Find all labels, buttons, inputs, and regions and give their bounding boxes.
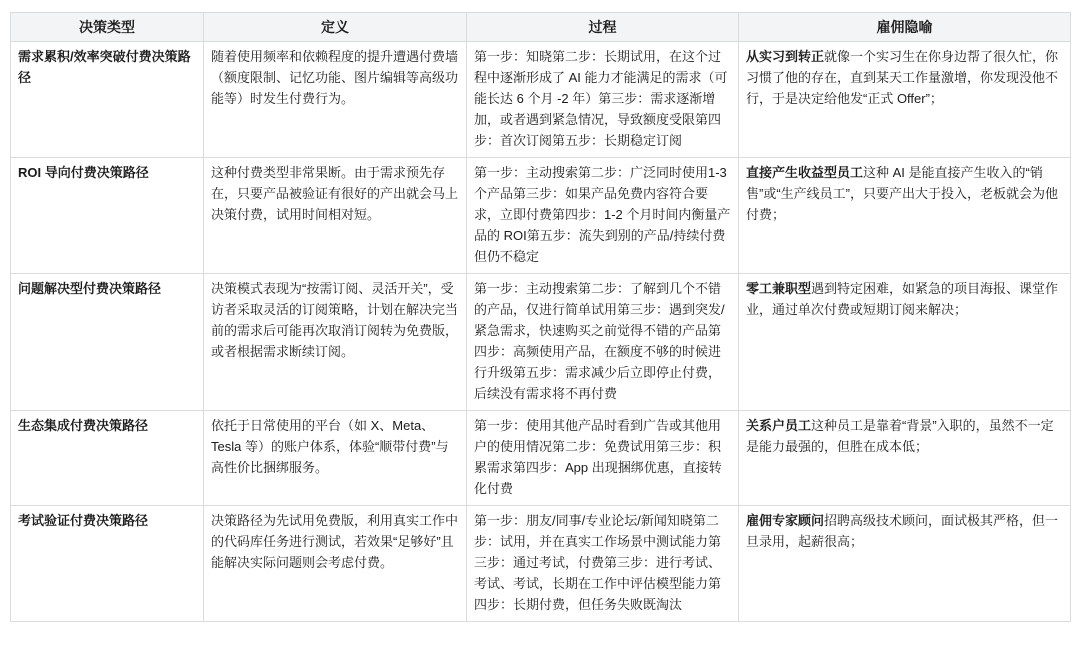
column-header-definition: 定义: [204, 13, 467, 42]
table-row: 问题解决型付费决策路径 决策模式表现为“按需订阅、灵活开关”，受访者采取灵活的订…: [11, 274, 1071, 411]
metaphor-term: 雇佣专家顾问: [746, 513, 824, 528]
cell-metaphor: 关系户员工这种员工是靠着“背景”入职的，虽然不一定是能力最强的，但胜在成本低；: [739, 411, 1071, 506]
cell-decision-type: 考试验证付费决策路径: [11, 506, 204, 622]
cell-decision-type: 问题解决型付费决策路径: [11, 274, 204, 411]
header-row: 决策类型 定义 过程 雇佣隐喻: [11, 13, 1071, 42]
cell-metaphor: 零工兼职型遇到特定困难，如紧急的项目海报、课堂作业，通过单次付费或短期订阅来解决…: [739, 274, 1071, 411]
cell-process: 第一步：使用其他产品时看到广告或其他用户的使用情况第二步：免费试用第三步：积累需…: [467, 411, 739, 506]
cell-process: 第一步：主动搜索第二步：广泛同时使用1-3 个产品第三步：如果产品免费内容符合要…: [467, 158, 739, 274]
column-header-decision-type: 决策类型: [11, 13, 204, 42]
decision-path-table: 决策类型 定义 过程 雇佣隐喻 需求累积/效率突破付费决策路径 随着使用频率和依…: [10, 12, 1071, 622]
cell-definition: 决策路径为先试用免费版，利用真实工作中的代码库任务进行测试，若效果“足够好”且能…: [204, 506, 467, 622]
cell-metaphor: 直接产生收益型员工这种 AI 是能直接产生收入的“销售”或“生产线员工”，只要产…: [739, 158, 1071, 274]
metaphor-term: 零工兼职型: [746, 281, 811, 296]
metaphor-term: 从实习到转正: [746, 49, 824, 64]
cell-decision-type: 生态集成付费决策路径: [11, 411, 204, 506]
column-header-metaphor: 雇佣隐喻: [739, 13, 1071, 42]
cell-definition: 依托于日常使用的平台（如 X、Meta、Tesla 等）的账户体系，体验“顺带付…: [204, 411, 467, 506]
cell-definition: 决策模式表现为“按需订阅、灵活开关”，受访者采取灵活的订阅策略，计划在解决完当前…: [204, 274, 467, 411]
table-row: 需求累积/效率突破付费决策路径 随着使用频率和依赖程度的提升遭遇付费墙（额度限制…: [11, 42, 1071, 158]
document-page: 决策类型 定义 过程 雇佣隐喻 需求累积/效率突破付费决策路径 随着使用频率和依…: [0, 0, 1080, 647]
table-row: ROI 导向付费决策路径 这种付费类型非常果断。由于需求预先存在，只要产品被验证…: [11, 158, 1071, 274]
table-row: 考试验证付费决策路径 决策路径为先试用免费版，利用真实工作中的代码库任务进行测试…: [11, 506, 1071, 622]
cell-decision-type: 需求累积/效率突破付费决策路径: [11, 42, 204, 158]
cell-process: 第一步：朋友/同事/专业论坛/新闻知晓第二步：试用，并在真实工作场景中测试能力第…: [467, 506, 739, 622]
cell-definition: 这种付费类型非常果断。由于需求预先存在，只要产品被验证有很好的产出就会马上决策付…: [204, 158, 467, 274]
cell-process: 第一步：主动搜索第二步：了解到几个不错的产品，仅进行简单试用第三步：遇到突发/紧…: [467, 274, 739, 411]
column-header-process: 过程: [467, 13, 739, 42]
table-row: 生态集成付费决策路径 依托于日常使用的平台（如 X、Meta、Tesla 等）的…: [11, 411, 1071, 506]
metaphor-term: 关系户员工: [746, 418, 811, 433]
cell-decision-type: ROI 导向付费决策路径: [11, 158, 204, 274]
cell-metaphor: 从实习到转正就像一个实习生在你身边帮了很久忙，你习惯了他的存在，直到某天工作量激…: [739, 42, 1071, 158]
cell-metaphor: 雇佣专家顾问招聘高级技术顾问，面试极其严格，但一旦录用，起薪很高；: [739, 506, 1071, 622]
metaphor-term: 直接产生收益型员工: [746, 165, 863, 180]
cell-definition: 随着使用频率和依赖程度的提升遭遇付费墙（额度限制、记忆功能、图片编辑等高级功能等…: [204, 42, 467, 158]
cell-process: 第一步：知晓第二步：长期试用，在这个过程中逐渐形成了 AI 能力才能满足的需求（…: [467, 42, 739, 158]
